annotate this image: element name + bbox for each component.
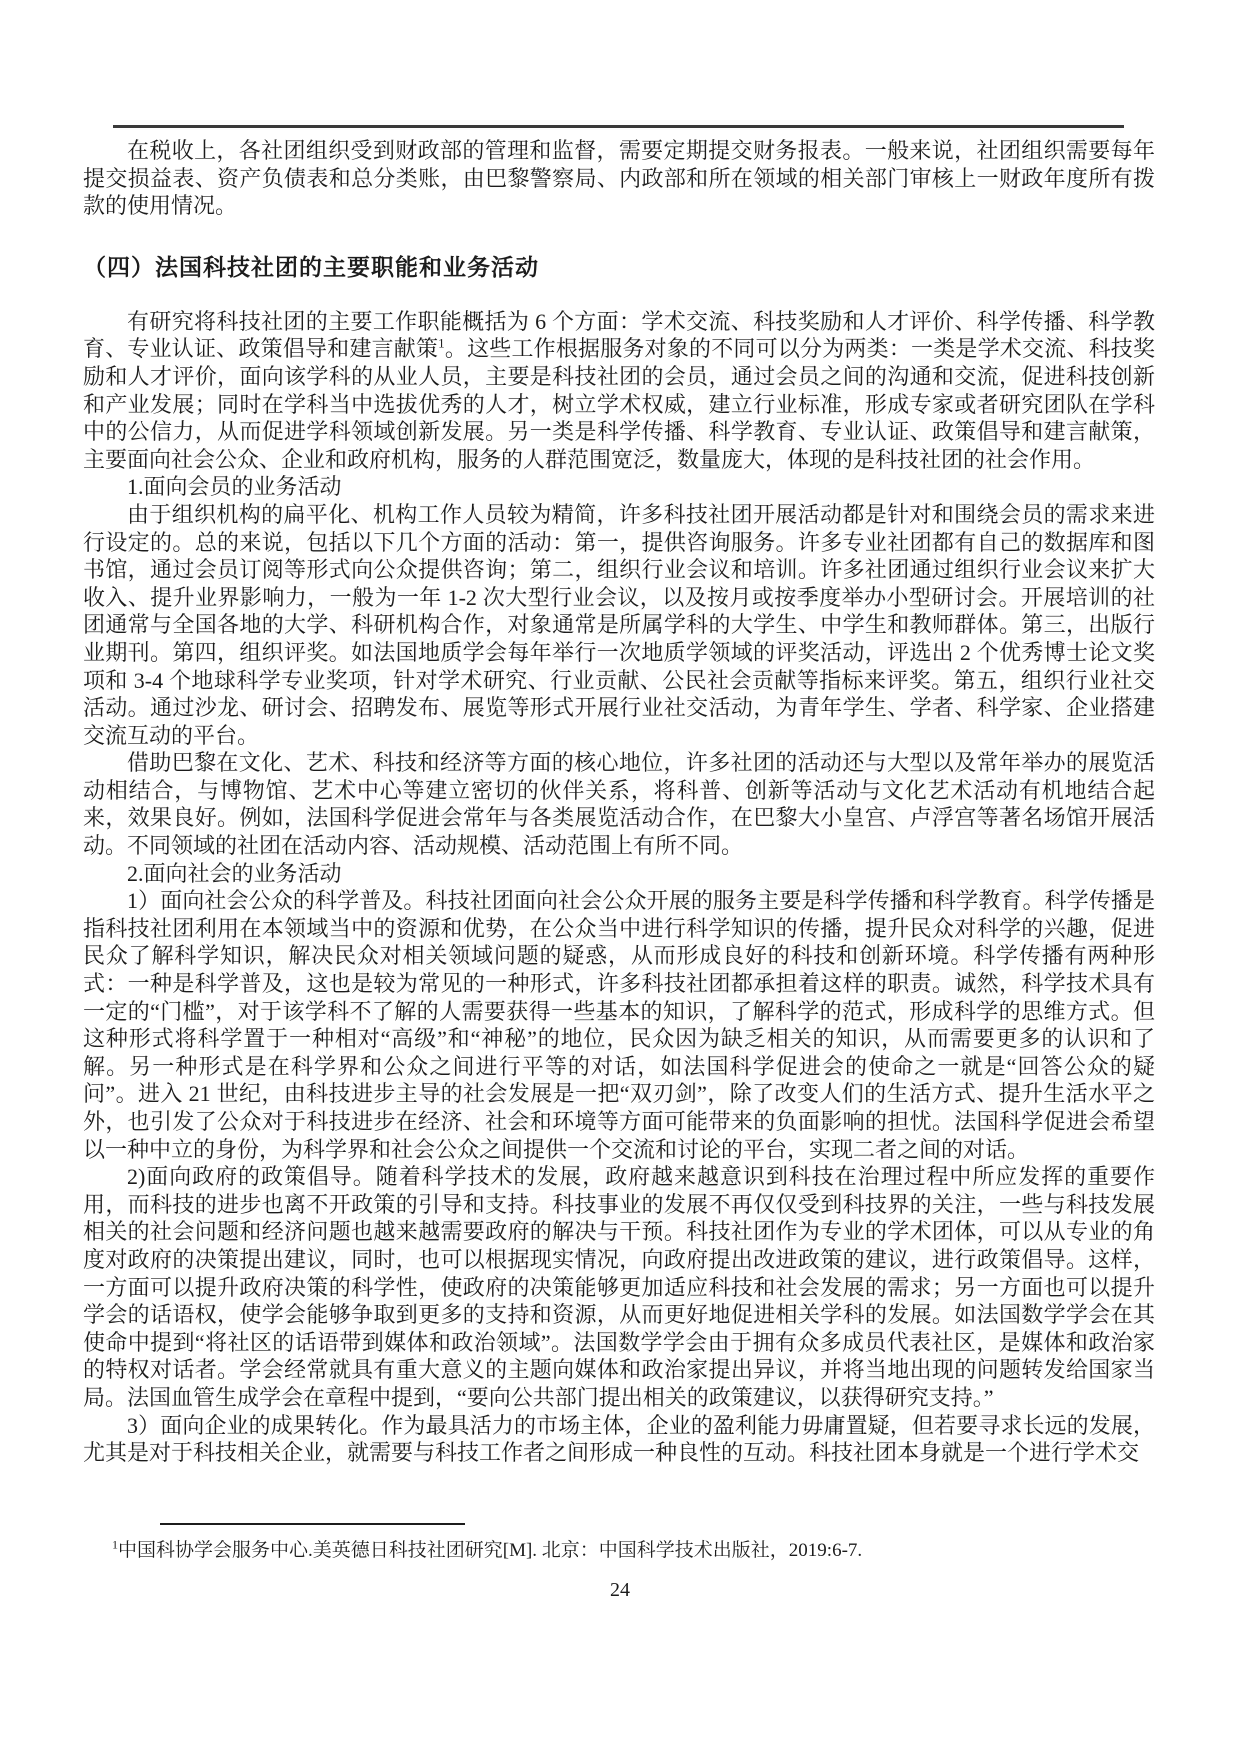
paragraph-functions: 有研究将科技社团的主要工作职能概括为 6 个方面：学术交流、科技奖励和人才评价、… — [83, 308, 1155, 474]
footnote-separator — [160, 1523, 465, 1525]
header-rule — [113, 125, 1124, 128]
footnote: 1中国科协学会服务中心.美英德日科技社团研究[M]. 北京：中国科学技术出版社，… — [83, 1538, 1155, 1563]
footnote-text: 中国科协学会服务中心.美英德日科技社团研究[M]. 北京：中国科学技术出版社，2… — [118, 1540, 862, 1561]
paragraph-enterprise-transfer: 3）面向企业的成果转化。作为最具活力的市场主体，企业的盈利能力毋庸置疑，但若要寻… — [83, 1412, 1155, 1467]
paragraph-public-science: 1）面向社会公众的科学普及。科技社团面向社会公众开展的服务主要是科学传播和科学教… — [83, 887, 1155, 1163]
subheading-society-activities: 2.面向社会的业务活动 — [83, 860, 1155, 888]
section-heading: （四）法国科技社团的主要职能和业务活动 — [83, 253, 1155, 281]
page-number: 24 — [0, 1578, 1240, 1602]
paragraph-tax-continuation: 在税收上，各社团组织受到财政部的管理和监督，需要定期提交财务报表。一般来说，社团… — [83, 137, 1155, 220]
subheading-member-activities: 1.面向会员的业务活动 — [83, 473, 1155, 501]
paragraph-member-activities: 由于组织机构的扁平化、机构工作人员较为精简，许多科技社团开展活动都是针对和围绕会… — [83, 501, 1155, 749]
paragraph-government-advocacy: 2)面向政府的政策倡导。随着科学技术的发展，政府越来越意识到科技在治理过程中所应… — [83, 1163, 1155, 1411]
paragraph-paris-exhibitions: 借助巴黎在文化、艺术、科技和经济等方面的核心地位，许多社团的活动还与大型以及常年… — [83, 749, 1155, 859]
page-body: 在税收上，各社团组织受到财政部的管理和监督，需要定期提交财务报表。一般来说，社团… — [83, 137, 1155, 1467]
